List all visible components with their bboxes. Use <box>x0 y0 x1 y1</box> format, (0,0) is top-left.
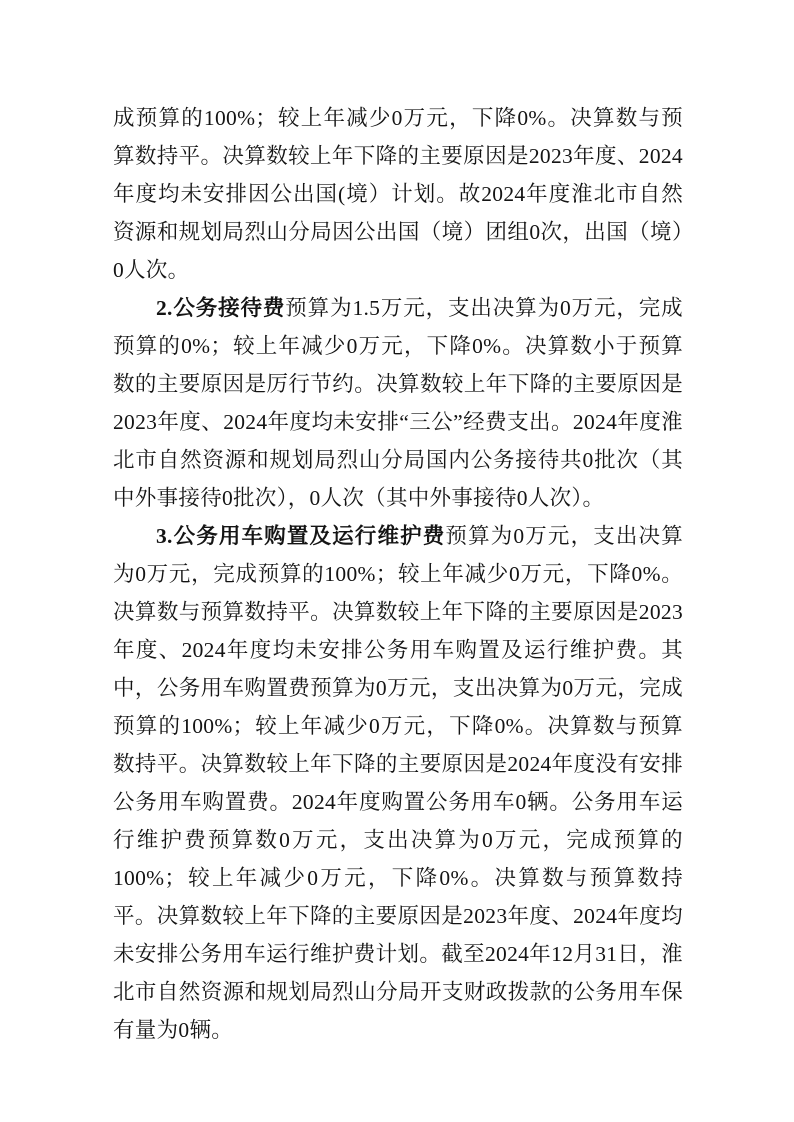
paragraph-continuation: 成预算的100%；较上年减少0万元，下降0%。决算数与预算数持平。决算数较上年下… <box>113 99 683 289</box>
paragraph-text: 成预算的100%；较上年减少0万元，下降0%。决算数与预算数持平。决算数较上年下… <box>113 106 683 282</box>
paragraph-bold-lead: 3.公务用车购置及运行维护费 <box>156 524 445 548</box>
document-page: 成预算的100%；较上年减少0万元，下降0%。决算数与预算数持平。决算数较上年下… <box>0 0 794 1122</box>
paragraph-official-vehicle-fee: 3.公务用车购置及运行维护费预算为0万元，支出决算为0万元，完成预算的100%；… <box>113 517 683 1049</box>
paragraph-official-reception-fee: 2.公务接待费预算为1.5万元，支出决算为0万元，完成预算的0%；较上年减少0万… <box>113 289 683 517</box>
document-content: 成预算的100%；较上年减少0万元，下降0%。决算数与预算数持平。决算数较上年下… <box>113 99 683 1049</box>
paragraph-bold-lead: 2.公务接待费 <box>156 296 285 320</box>
paragraph-text: 预算为0万元，支出决算为0万元，完成预算的100%；较上年减少0万元，下降0%。… <box>113 524 683 1042</box>
paragraph-text: 预算为1.5万元，支出决算为0万元，完成预算的0%；较上年减少0万元，下降0%。… <box>113 296 683 510</box>
